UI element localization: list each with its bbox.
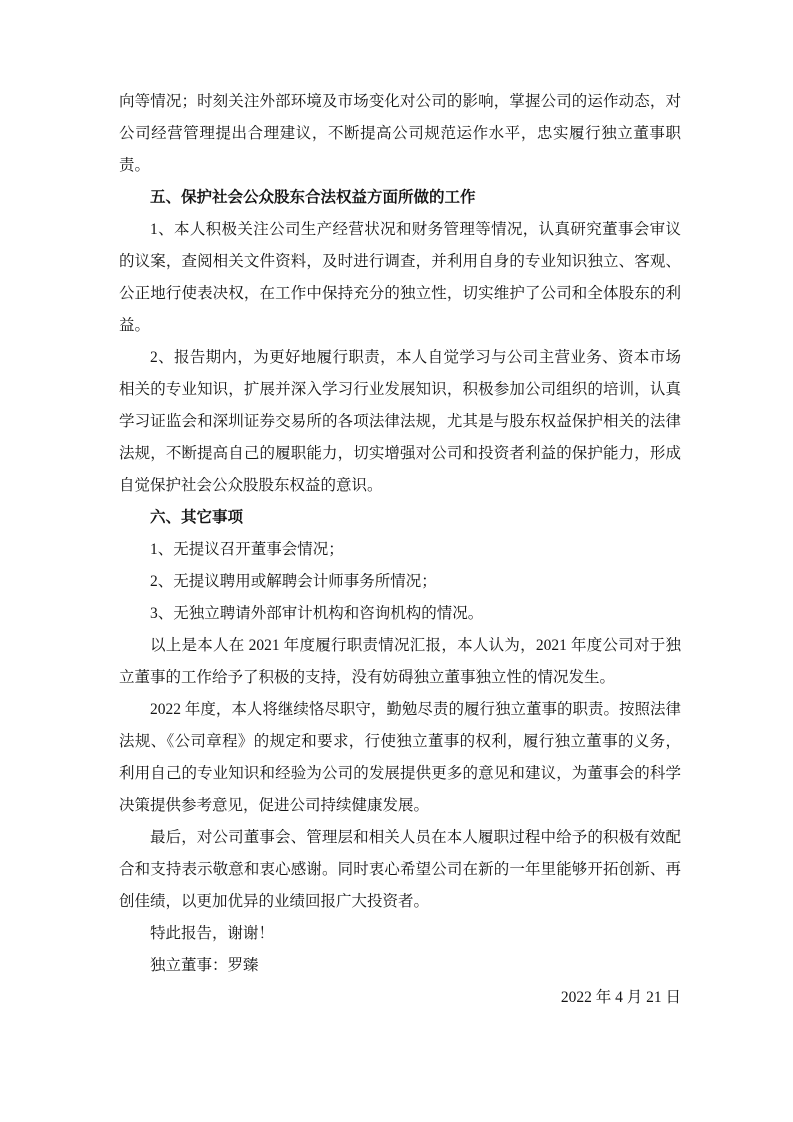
paragraph-section5-item2: 2、报告期内，为更好地履行职责，本人自觉学习与公司主营业务、资本市场相关的专业知…: [119, 342, 681, 502]
list-item-3: 3、无独立聘请外部审计机构和咨询机构的情况。: [119, 598, 681, 630]
paragraph-section5-item1: 1、本人积极关注公司生产经营状况和财务管理等情况，认真研究董事会审议的议案，查阅…: [119, 214, 681, 342]
list-item-1: 1、无提议召开董事会情况；: [119, 534, 681, 566]
list-item-2: 2、无提议聘用或解聘会计师事务所情况；: [119, 566, 681, 598]
paragraph-summary-2021: 以上是本人在 2021 年度履行职责情况汇报，本人认为，2021 年度公司对于独…: [119, 630, 681, 694]
paragraph-outlook-2022: 2022 年度，本人将继续恪尽职守，勤勉尽责的履行独立董事的职责。按照法律法规、…: [119, 694, 681, 822]
section-heading-5: 五、保护社会公众股东合法权益方面所做的工作: [119, 182, 681, 214]
date-line: 2022 年 4 月 21 日: [119, 982, 681, 1014]
document-page: 向等情况；时刻关注外部环境及市场变化对公司的影响，掌握公司的运作动态，对公司经营…: [0, 0, 793, 1122]
section-heading-6: 六、其它事项: [119, 502, 681, 534]
paragraph-closing: 特此报告，谢谢！: [119, 918, 681, 950]
paragraph-thanks: 最后，对公司董事会、管理层和相关人员在本人履职过程中给予的积极有效配合和支持表示…: [119, 822, 681, 918]
signature-line: 独立董事：罗臻: [119, 950, 681, 982]
paragraph-continuation: 向等情况；时刻关注外部环境及市场变化对公司的影响，掌握公司的运作动态，对公司经营…: [119, 86, 681, 182]
document-content: 向等情况；时刻关注外部环境及市场变化对公司的影响，掌握公司的运作动态，对公司经营…: [119, 86, 681, 1014]
